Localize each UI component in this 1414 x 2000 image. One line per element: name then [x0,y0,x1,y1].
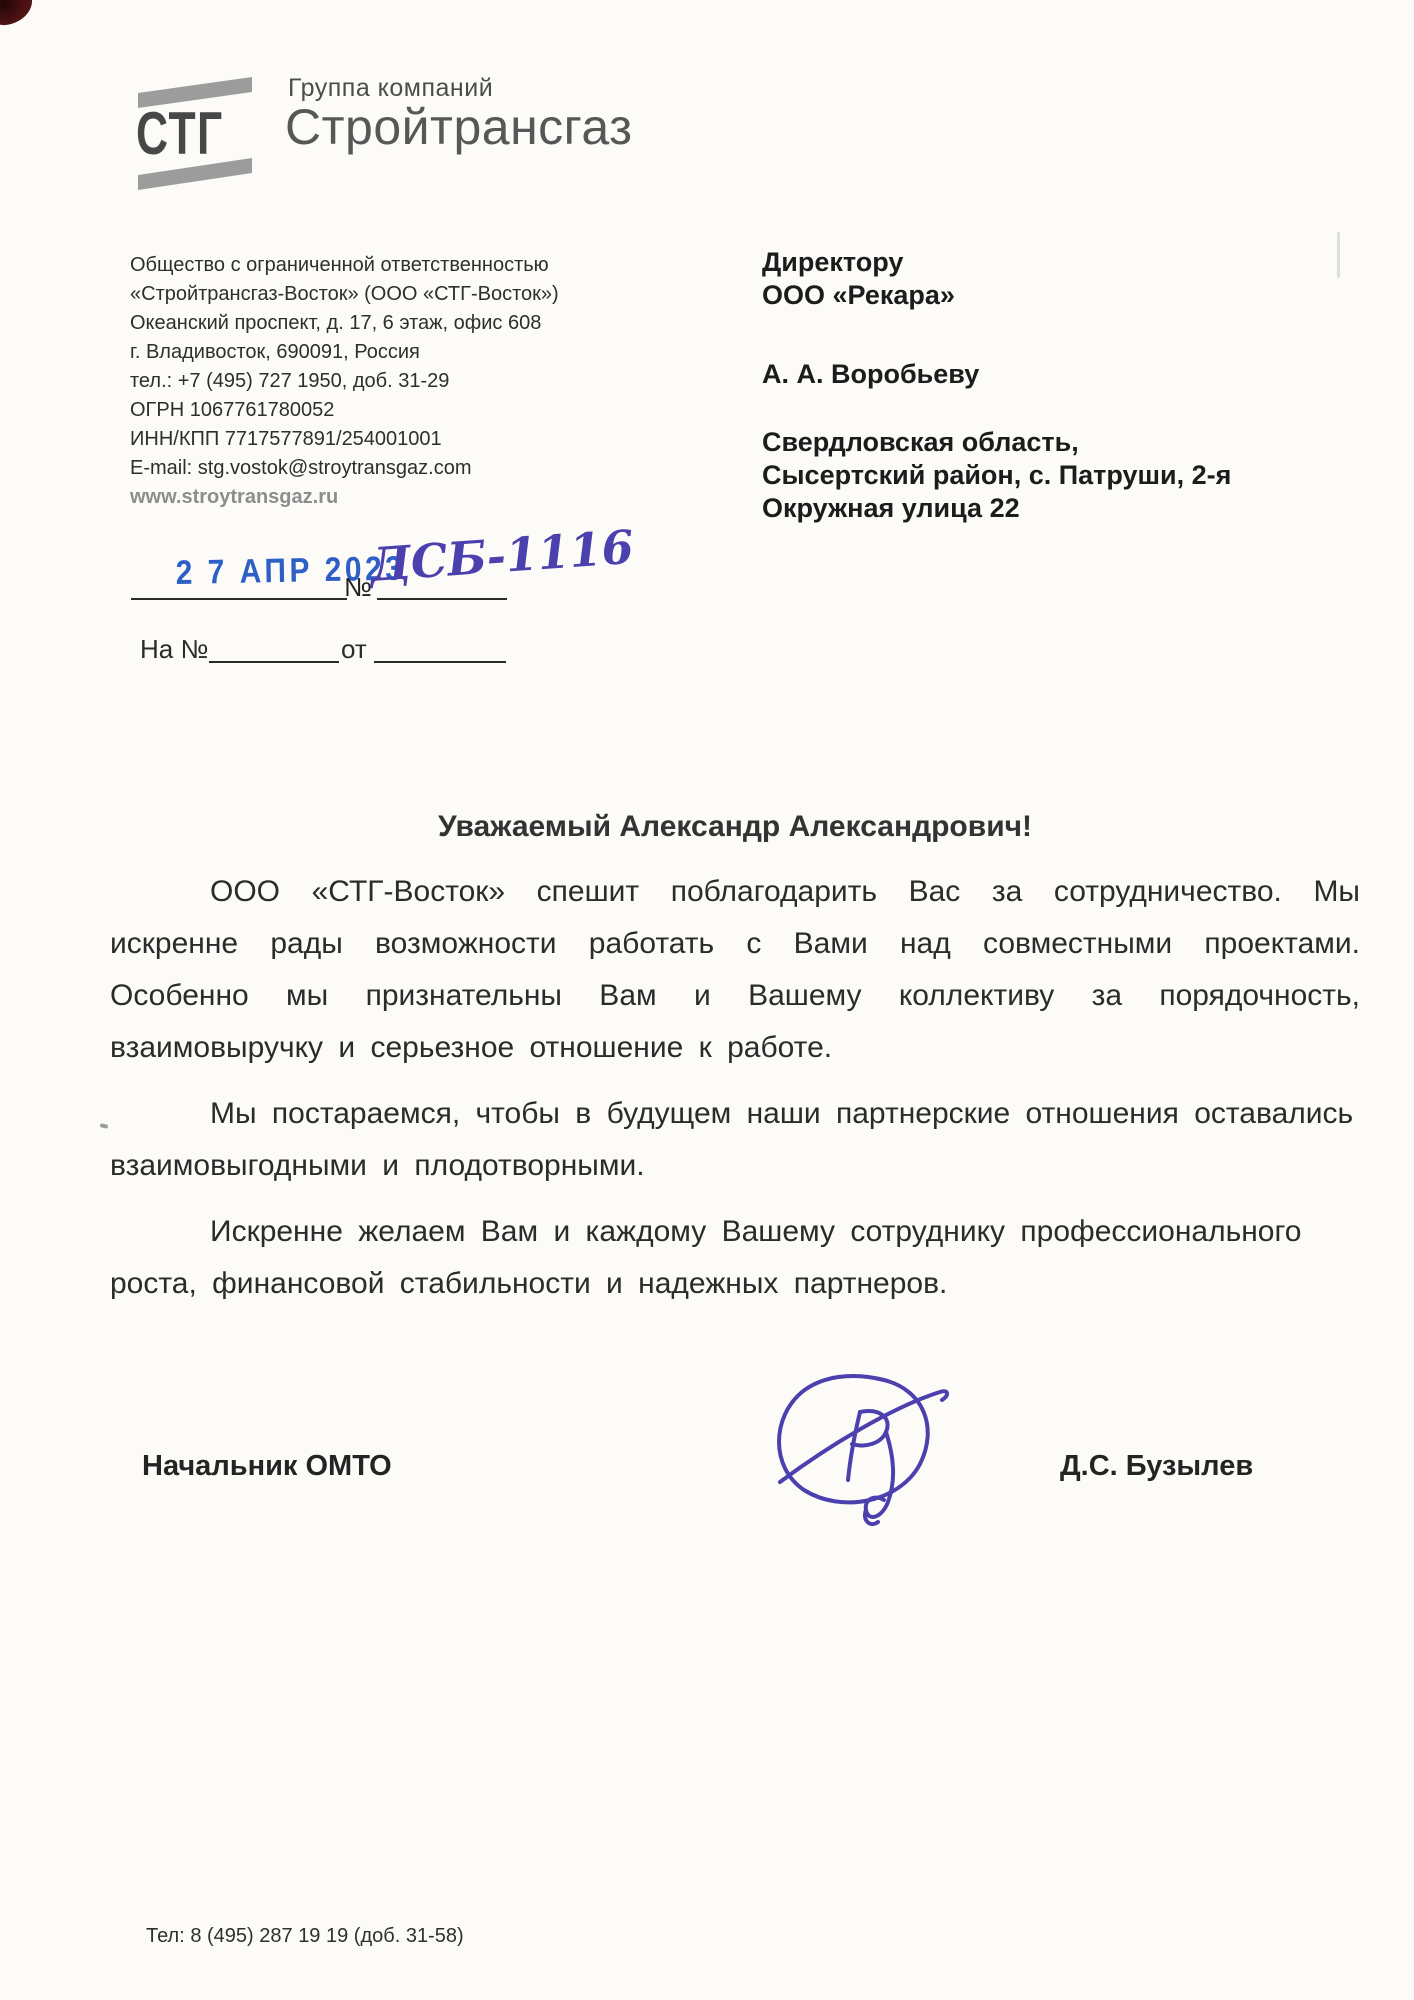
paragraph-3: Искренне желаем Вам и каждому Вашему сот… [110,1206,1360,1310]
sender-line-phone: тел.: +7 (495) 727 1950, доб. 31-29 [130,367,559,396]
reply-number-underline [209,661,339,663]
sender-requisites-block: Общество с ограниченной ответственностью… [130,251,559,512]
number-label: № [344,572,372,603]
stg-logo-abbr: СТГ [136,104,224,164]
scan-artifact-edge-mark [1337,232,1340,278]
logo-company-name: Стройтрансгаз [285,98,633,156]
signer-name: Д.С. Бузылев [1060,1450,1253,1483]
sender-line-legal-form: Общество с ограниченной ответственностью [130,251,559,280]
recipient-name: А. А. Воробьеву [762,358,1231,391]
sender-line-website: www.stroytransgaz.ru [130,483,559,512]
recipient-title: Директору [762,246,1231,279]
paragraph-2: Мы постараемся, чтобы в будущем наши пар… [110,1088,1360,1192]
sender-line-ogrn: ОГРН 1067761780052 [130,396,559,425]
reply-to-number-label: На № [140,634,208,665]
sender-line-city: г. Владивосток, 690091, Россия [130,338,559,367]
handwritten-signature-icon [742,1362,972,1547]
date-underline [131,598,347,600]
scanned-letter-page: СТГ Группа компаний Стройтрансгаз Общест… [0,0,1414,2000]
number-underline [377,598,507,600]
footer-phone: Тел: 8 (495) 287 19 19 (доб. 31-58) [146,1925,464,1948]
recipient-address-line3: Окружная улица 22 [762,492,1231,525]
handwritten-outgoing-number: ДСБ-1116 [368,520,635,592]
reply-from-label: от [341,634,367,665]
sender-line-inn-kpp: ИНН/КПП 7717577891/254001001 [130,425,559,454]
scan-artifact-corner-blot [0,0,35,26]
letter-body: ООО «СТГ-Восток» спешит поблагодарить Ва… [110,866,1360,1324]
paragraph-1: ООО «СТГ-Восток» спешит поблагодарить Ва… [110,866,1360,1074]
recipient-company: ООО «Рекара» [762,279,1231,312]
signer-title: Начальник ОМТО [142,1450,392,1483]
recipient-block: Директору ООО «Рекара» А. А. Воробьеву С… [762,246,1231,525]
scan-artifact-speck [100,1123,109,1129]
sender-line-email: E-mail: stg.vostok@stroytransgaz.com [130,454,559,483]
recipient-address-line1: Свердловская область, [762,426,1231,459]
salutation: Уважаемый Александр Александрович! [110,810,1360,844]
sender-line-company: «Стройтрансгаз-Восток» (ООО «СТГ-Восток»… [130,280,559,309]
sender-line-street: Океанский проспект, д. 17, 6 этаж, офис … [130,309,559,338]
reply-date-underline [374,661,506,663]
recipient-address-line2: Сысертский район, с. Патруши, 2-я [762,459,1231,492]
